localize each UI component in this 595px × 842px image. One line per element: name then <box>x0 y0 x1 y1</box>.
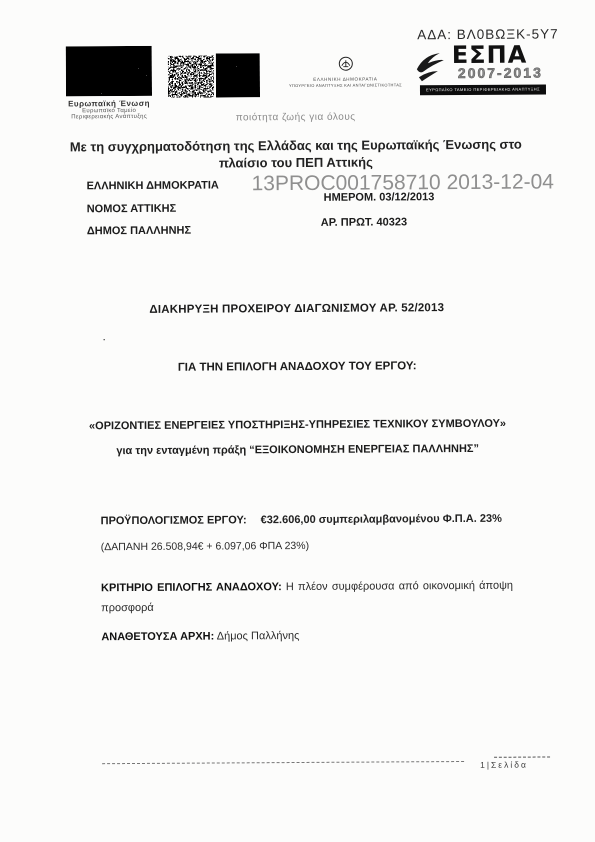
budget-value: €32.606,00 συμπεριλαμβανομένου Φ.Π.Α. 23… <box>261 513 502 526</box>
letterhead-line1: ΕΛΛΗΝΙΚΗ ΔΗΜΟΚΡΑΤΙΑ <box>86 174 218 197</box>
eu-caption-line1: Ευρωπαϊκή Ένωση <box>54 99 164 109</box>
page-content: ΑΔΑ: ΒΛ0ΒΩΞΚ-5Υ7 Ευρωπαϊκή Ένωση Ευρωπαϊ… <box>0 0 595 842</box>
criterion-label: ΚΡΙΤΗΡΙΟ ΕΠΙΛΟΓΗΣ ΑΝΑΔΟΧΟΥ: <box>101 581 282 594</box>
budget-detail: (ΔΑΠΑΝΗ 26.508,94€ + 6.097,06 ΦΠΑ 23%) <box>101 540 309 553</box>
protocol-number: ΑΡ. ΠΡΩΤ. 40323 <box>321 216 407 229</box>
espa-logo: ΕΣΠΑ 2007-2013 ΕΥΡΩΠΑΪΚΟ ΤΑΜΕΙΟ ΠΕΡΙΦΕΡΕ… <box>416 38 551 97</box>
cofinance-line1: Με τη συγχρηματοδότηση της Ελλάδας και τ… <box>0 135 593 156</box>
ministry-crest-icon <box>337 56 353 72</box>
espa-years: 2007-2013 <box>458 64 543 81</box>
letterhead-line3: ΔΗΜΟΣ ΠΑΛΛΗΝΗΣ <box>87 219 219 242</box>
authority-label: ΑΝΑΘΕΤΟΥΣΑ ΑΡΧΗ: <box>101 631 214 644</box>
document-subtitle: ΓΙΑ ΤΗΝ ΕΠΙΛΟΓΗ ΑΝΑΔΟΧΟΥ ΤΟΥ ΕΡΓΟΥ: <box>0 359 595 375</box>
partner-logo-right <box>216 53 260 97</box>
espa-bar-text: ΕΥΡΩΠΑΪΚΟ ΤΑΜΕΙΟ ΠΕΡΙΦΕΡΕΙΑΚΗΣ ΑΝΑΠΤΥΞΗΣ <box>420 84 546 95</box>
project-subtitle: για την ενταγμένη πράξη “ΕΞΟΙΚΟΝΟΜΗΣΗ ΕΝ… <box>0 442 595 458</box>
eu-flag-logo <box>66 46 152 97</box>
document-title: ΔΙΑΚΗΡΥΞΗ ΠΡΟΧΕΙΡΟΥ ΔΙΑΓΩΝΙΣΜΟΥ ΑΡ. 52/2… <box>0 301 594 317</box>
document-date: ΗΜΕΡΟΜ. 03/12/2013 <box>324 191 435 204</box>
emblem-caption-line2: ΥΠΟΥΡΓΕΙΟ ΑΝΑΠΤΥΞΗΣ ΚΑΙ ΑΝΤΑΓΩΝΙΣΤΙΚΟΤΗΤ… <box>263 82 428 88</box>
letterhead-authority-block: ΕΛΛΗΝΙΚΗ ΔΗΜΟΚΡΑΤΙΑ ΝΟΜΟΣ ΑΤΤΙΚΗΣ ΔΗΜΟΣ … <box>86 174 219 242</box>
budget-label: ΠΡΟΫΠΟΛΟΓΙΣΜΟΣ ΕΡΓΟΥ: <box>101 514 247 527</box>
partner-logo-left-icon <box>168 56 214 98</box>
espa-swoosh-icon <box>414 47 454 89</box>
eu-flag-icon <box>66 46 152 97</box>
partner-logo-right-icon <box>216 53 260 97</box>
scanned-document-page: ΑΔΑ: ΒΛ0ΒΩΞΚ-5Υ7 Ευρωπαϊκή Ένωση Ευρωπαϊ… <box>0 0 595 842</box>
footer-divider <box>102 761 464 764</box>
government-emblem: ΕΛΛΗΝΙΚΗ ΔΗΜΟΚΡΑΤΙΑ ΥΠΟΥΡΓΕΙΟ ΑΝΑΠΤΥΞΗΣ … <box>263 55 428 88</box>
page-number: 1|Σελίδα <box>480 756 550 769</box>
page-number-overline <box>494 756 550 757</box>
authority-value: Δήμος Παλλήνης <box>214 630 299 643</box>
letterhead-line2: ΝΟΜΟΣ ΑΤΤΙΚΗΣ <box>87 197 219 220</box>
page-number-text: 1|Σελίδα <box>480 760 528 770</box>
cofinance-line2: πλαίσιο του ΠΕΠ Αττικής <box>0 152 593 173</box>
budget-line: ΠΡΟΫΠΟΛΟΓΙΣΜΟΣ ΕΡΓΟΥ:€32.606,00 συμπεριλ… <box>101 513 531 528</box>
cofinance-statement: Με τη συγχρηματοδότηση της Ελλάδας και τ… <box>0 135 593 173</box>
criterion-line: ΚΡΙΤΗΡΙΟ ΕΠΙΛΟΓΗΣ ΑΝΑΔΟΧΟΥ: Η πλέον συμφ… <box>101 576 513 619</box>
partner-logo-left <box>168 56 214 98</box>
espa-slogan: ποιότητα ζωής για όλους <box>0 110 593 125</box>
contracting-authority-line: ΑΝΑΘΕΤΟΥΣΑ ΑΡΧΗ: Δήμος Παλλήνης <box>101 630 299 643</box>
project-title: «ΟΡΙΖΟΝΤΙΕΣ ΕΝΕΡΓΕΙΕΣ ΥΠΟΣΤΗΡΙΞΗΣ-ΥΠΗΡΕΣ… <box>0 417 595 433</box>
stray-mark: . <box>102 329 105 343</box>
